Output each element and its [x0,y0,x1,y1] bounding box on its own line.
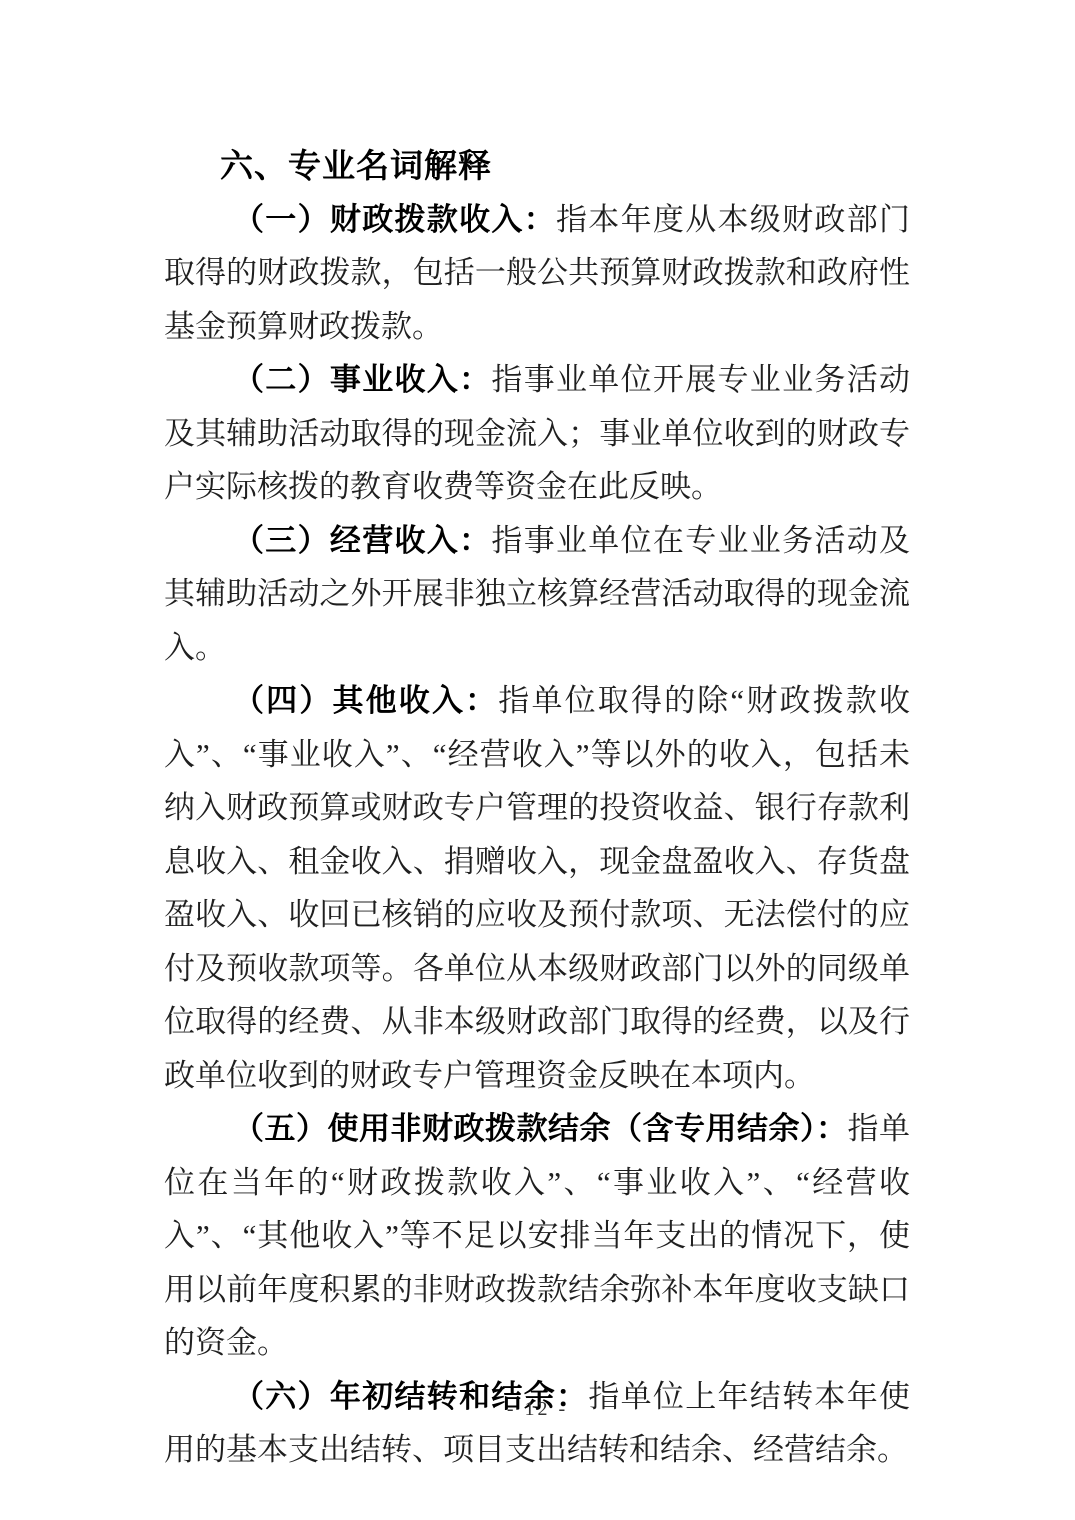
glossary-paragraph: （五）使用非财政拨款结余（含专用结余）：指单位在当年的“财政拨款收入”、“事业收… [164,1102,910,1370]
term-label: （一）财政拨款收入： [233,202,556,237]
term-label: （三）经营收入： [233,523,491,558]
page-number: - 12 - [0,1398,1075,1421]
term-label: （五）使用非财政拨款结余（含专用结余）： [233,1111,848,1146]
term-definition: 指单位在当年的“财政拨款收入”、“事业收入”、“经营收入”、“其他收入”等不足以… [164,1111,910,1360]
glossary-paragraph: （六）年初结转和结余：指单位上年结转本年使用的基本支出结转、项目支出结转和结余、… [164,1370,910,1477]
glossary-paragraph: （三）经营收入：指事业单位在专业业务活动及其辅助活动之外开展非独立核算经营活动取… [164,514,910,675]
glossary-paragraph: （四）其他收入：指单位取得的除“财政拨款收入”、“事业收入”、“经营收入”等以外… [164,674,910,1102]
page-title: 六、专业名词解释 [164,139,910,193]
term-definition: 指单位取得的除“财政拨款收入”、“事业收入”、“经营收入”等以外的收入，包括未纳… [164,683,910,1093]
term-label: （四）其他收入： [233,683,498,718]
glossary-paragraph: （二）事业收入：指事业单位开展专业业务活动及其辅助活动取得的现金流入；事业单位收… [164,353,910,514]
term-label: （二）事业收入： [233,362,491,397]
document-page: 六、专业名词解释 （一）财政拨款收入：指本年度从本级财政部门取得的财政拨款，包括… [0,0,1075,1520]
glossary-paragraph: （一）财政拨款收入：指本年度从本级财政部门取得的财政拨款，包括一般公共预算财政拨… [164,193,910,354]
